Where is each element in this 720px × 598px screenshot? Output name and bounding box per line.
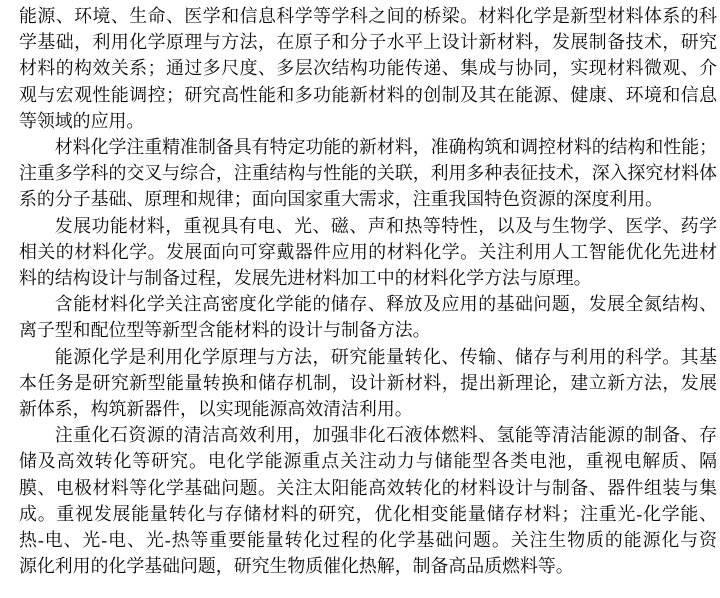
text-line: 能源化学是利用化学原理与方法，研究能量转化、传输、储存与利用的科学。其基 xyxy=(19,344,717,370)
paragraph: 发展功能材料，重视具有电、光、磁、声和热等特性，以及与生物学、医学、药学相关的材… xyxy=(19,213,717,292)
paragraph: 注重化石资源的清洁高效利用，加强非化石液体燃料、氢能等清洁能源的制备、存储及高效… xyxy=(19,422,717,579)
paragraph: 能源化学是利用化学原理与方法，研究能量转化、传输、储存与利用的科学。其基本任务是… xyxy=(19,344,717,423)
text-line: 含能材料化学关注高密度化学能的储存、释放及应用的基础问题，发展全氮结构、 xyxy=(19,291,717,317)
text-line: 注重化石资源的清洁高效利用，加强非化石液体燃料、氢能等清洁能源的制备、存 xyxy=(19,422,717,448)
text-line: 发展功能材料，重视具有电、光、磁、声和热等特性，以及与生物学、医学、药学 xyxy=(19,213,717,239)
text-line: 源化利用的化学基础问题，研究生物质催化热解，制备高品质燃料等。 xyxy=(19,553,717,579)
text-line: 成。重视发展能量转化与存储材料的研究，优化相变能量储存材料；注重光-化学能、 xyxy=(19,501,717,527)
text-line: 热-电、光-电、光-热等重要能量转化过程的化学基础问题。关注生物质的能源化与资 xyxy=(19,527,717,553)
text-line: 能源、环境、生命、医学和信息科学等学科之间的桥梁。材料化学是新型材料体系的科 xyxy=(19,3,717,29)
text-line: 注重多学科的交叉与综合，注重结构与性能的关联，利用多种表征技术，深入探究材料体 xyxy=(19,160,717,186)
text-line: 本任务是研究新型能量转换和储存机制，设计新材料，提出新理论，建立新方法，发展 xyxy=(19,370,717,396)
text-line: 储及高效转化等研究。电化学能源重点关注动力与储能型各类电池，重视电解质、隔 xyxy=(19,448,717,474)
text-line: 学基础，利用化学原理与方法，在原子和分子水平上设计新材料，发展制备技术，研究 xyxy=(19,29,717,55)
text-line: 等领域的应用。 xyxy=(19,108,717,134)
document-body: 能源、环境、生命、医学和信息科学等学科之间的桥梁。材料化学是新型材料体系的科学基… xyxy=(19,3,717,579)
text-line: 离子型和配位型等新型含能材料的设计与制备方法。 xyxy=(19,317,717,343)
paragraph: 能源、环境、生命、医学和信息科学等学科之间的桥梁。材料化学是新型材料体系的科学基… xyxy=(19,3,717,134)
text-line: 材料化学注重精准制备具有特定功能的新材料，准确构筑和调控材料的结构和性能； xyxy=(19,134,717,160)
text-line: 新体系，构筑新器件，以实现能源高效清洁利用。 xyxy=(19,396,717,422)
page: 能源、环境、生命、医学和信息科学等学科之间的桥梁。材料化学是新型材料体系的科学基… xyxy=(0,0,720,598)
text-line: 系的分子基础、原理和规律；面向国家重大需求，注重我国特色资源的深度利用。 xyxy=(19,186,717,212)
text-line: 膜、电极材料等化学基础问题。关注太阳能高效转化的材料设计与制备、器件组装与集 xyxy=(19,475,717,501)
paragraph: 材料化学注重精准制备具有特定功能的新材料，准确构筑和调控材料的结构和性能；注重多… xyxy=(19,134,717,213)
text-line: 料的结构设计与制备过程，发展先进材料加工中的材料化学方法与原理。 xyxy=(19,265,717,291)
paragraph: 含能材料化学关注高密度化学能的储存、释放及应用的基础问题，发展全氮结构、离子型和… xyxy=(19,291,717,343)
text-line: 材料的构效关系；通过多尺度、多层次结构功能传递、集成与协同，实现材料微观、介 xyxy=(19,55,717,81)
text-line: 相关的材料化学。发展面向可穿戴器件应用的材料化学。关注利用人工智能优化先进材 xyxy=(19,239,717,265)
text-line: 观与宏观性能调控；研究高性能和多功能新材料的创制及其在能源、健康、环境和信息 xyxy=(19,82,717,108)
